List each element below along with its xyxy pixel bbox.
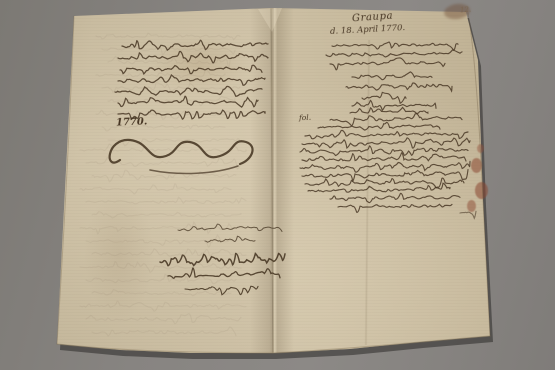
margin-note-fol: fol.	[299, 113, 311, 122]
handwriting-ink-layer	[0, 0, 555, 370]
folio-number: 12.	[460, 6, 472, 15]
photo-backdrop: 12. Graupa d. 18. April 1770. fol. 1770.	[0, 0, 555, 370]
left-page-year: 1770.	[116, 116, 148, 128]
